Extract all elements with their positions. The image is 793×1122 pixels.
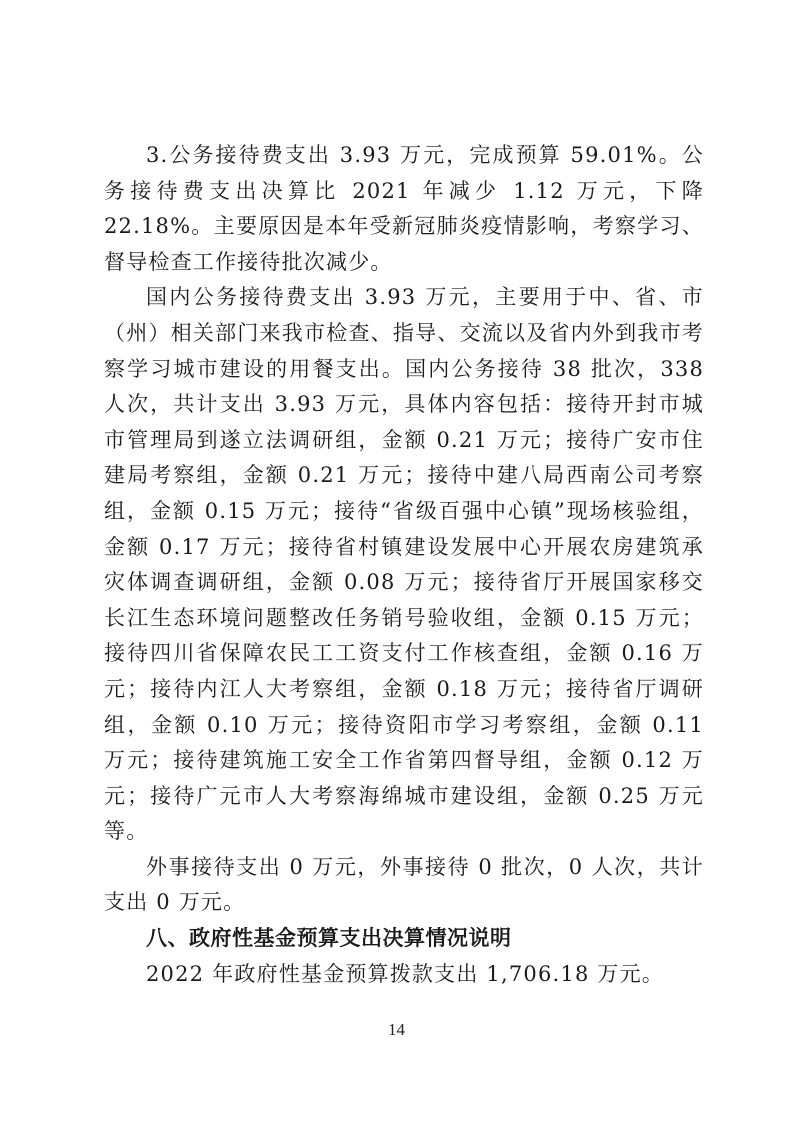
paragraph-government-fund: 2022 年政府性基金预算拨款支出 1,706.18 万元。 [104,957,704,993]
paragraph-hospitality-expense: 3.公务接待费支出 3.93 万元，完成预算 59.01%。公务接待费支出决算比… [104,138,704,280]
document-body: 3.公务接待费支出 3.93 万元，完成预算 59.01%。公务接待费支出决算比… [104,138,704,992]
section-heading: 八、政府性基金预算支出决算情况说明 [104,921,704,957]
paragraph-domestic-hospitality: 国内公务接待费支出 3.93 万元，主要用于中、省、市（州）相关部门来我市检查、… [104,280,704,850]
page-number: 14 [0,1020,793,1040]
paragraph-foreign-hospitality: 外事接待支出 0 万元，外事接待 0 批次，0 人次，共计支出 0 万元。 [104,850,704,921]
